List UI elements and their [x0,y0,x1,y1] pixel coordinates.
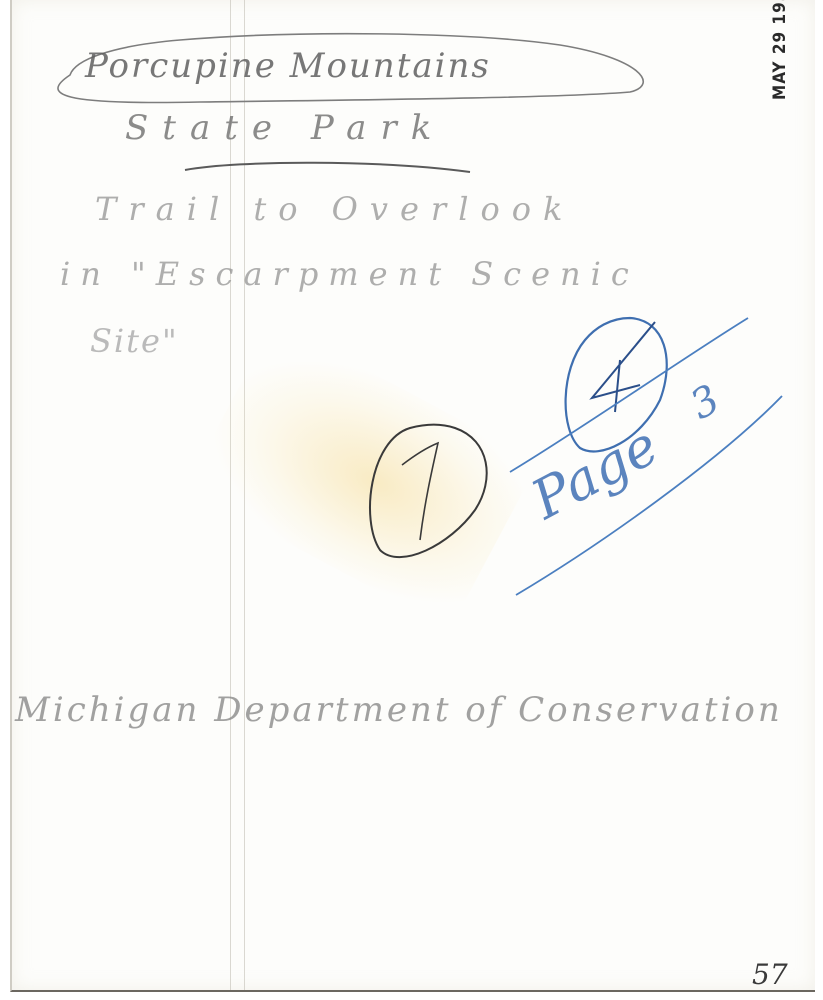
caption-line-2: State Park [125,108,445,148]
circled-number-blue: 4 [0,0,1,1]
circled-number-pencil: 7 [0,0,1,1]
fold-line [244,0,245,990]
caption-line-4: in "Escarpment Scenic [60,255,639,293]
photo-back-page [10,0,815,992]
yellow-stain [185,321,539,630]
caption-line-3: Trail to Overlook [95,190,574,228]
date-stamp: MAY 29 1955 [770,0,790,100]
caption-line-1: Porcupine Mountains [85,46,491,86]
fold-line [230,0,231,990]
blue-annotation-text: Page 3 [0,0,1,1]
credit-line: Michigan Department of Conservation [15,690,783,730]
corner-number-text: 57 [0,0,1,1]
caption-line-5: Site" [90,322,179,360]
